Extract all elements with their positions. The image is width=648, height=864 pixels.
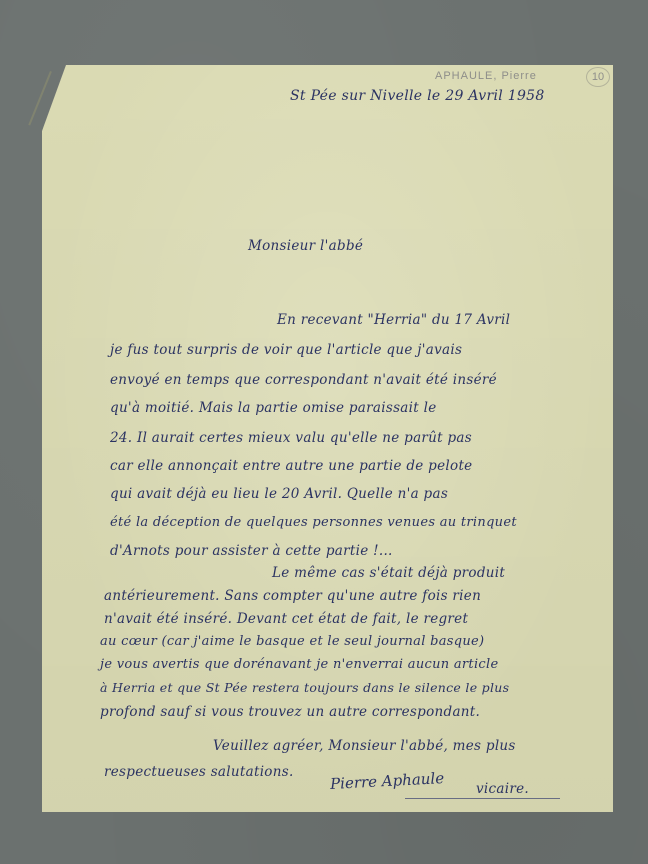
signer-title: vicaire.: [476, 781, 529, 797]
letter-line: d'Arnots pour assister à cette partie !.…: [110, 543, 393, 559]
signature-flourish: [405, 798, 560, 799]
page-number: 10: [586, 67, 610, 87]
archival-annotation: APHAULE, Pierre: [435, 70, 537, 82]
letter-line: n'avait été inséré. Devant cet état de f…: [104, 611, 468, 627]
closing-line: Veuillez agréer, Monsieur l'abbé, mes pl…: [213, 738, 516, 754]
letter-line: profond sauf si vous trouvez un autre co…: [100, 704, 480, 720]
letter-line: car elle annonçait entre autre une parti…: [110, 458, 472, 474]
letter-line: Le même cas s'était déjà produit: [272, 565, 505, 581]
closing-line: respectueuses salutations.: [104, 764, 294, 780]
letter-line: à Herria et que St Pée restera toujours …: [100, 680, 509, 695]
letter-line: En recevant "Herria" du 17 Avril: [277, 312, 510, 328]
letter-line: 24. Il aurait certes mieux valu qu'elle …: [110, 430, 472, 446]
letter-line: je fus tout surpris de voir que l'articl…: [110, 342, 462, 358]
letter-line: au cœur (car j'aime le basque et le seul…: [100, 634, 484, 649]
letter-line: été la déception de quelques personnes v…: [110, 515, 517, 530]
letter-line: envoyé en temps que correspondant n'avai…: [110, 372, 497, 388]
place-date: St Pée sur Nivelle le 29 Avril 1958: [290, 88, 545, 104]
letter-line: qu'à moitié. Mais la partie omise parais…: [110, 400, 437, 416]
salutation: Monsieur l'abbé: [248, 238, 363, 254]
letter-line: antérieurement. Sans compter qu'une autr…: [104, 588, 481, 604]
letter-line: je vous avertis que dorénavant je n'enve…: [100, 657, 498, 672]
letter-line: qui avait déjà eu lieu le 20 Avril. Quel…: [110, 486, 448, 502]
